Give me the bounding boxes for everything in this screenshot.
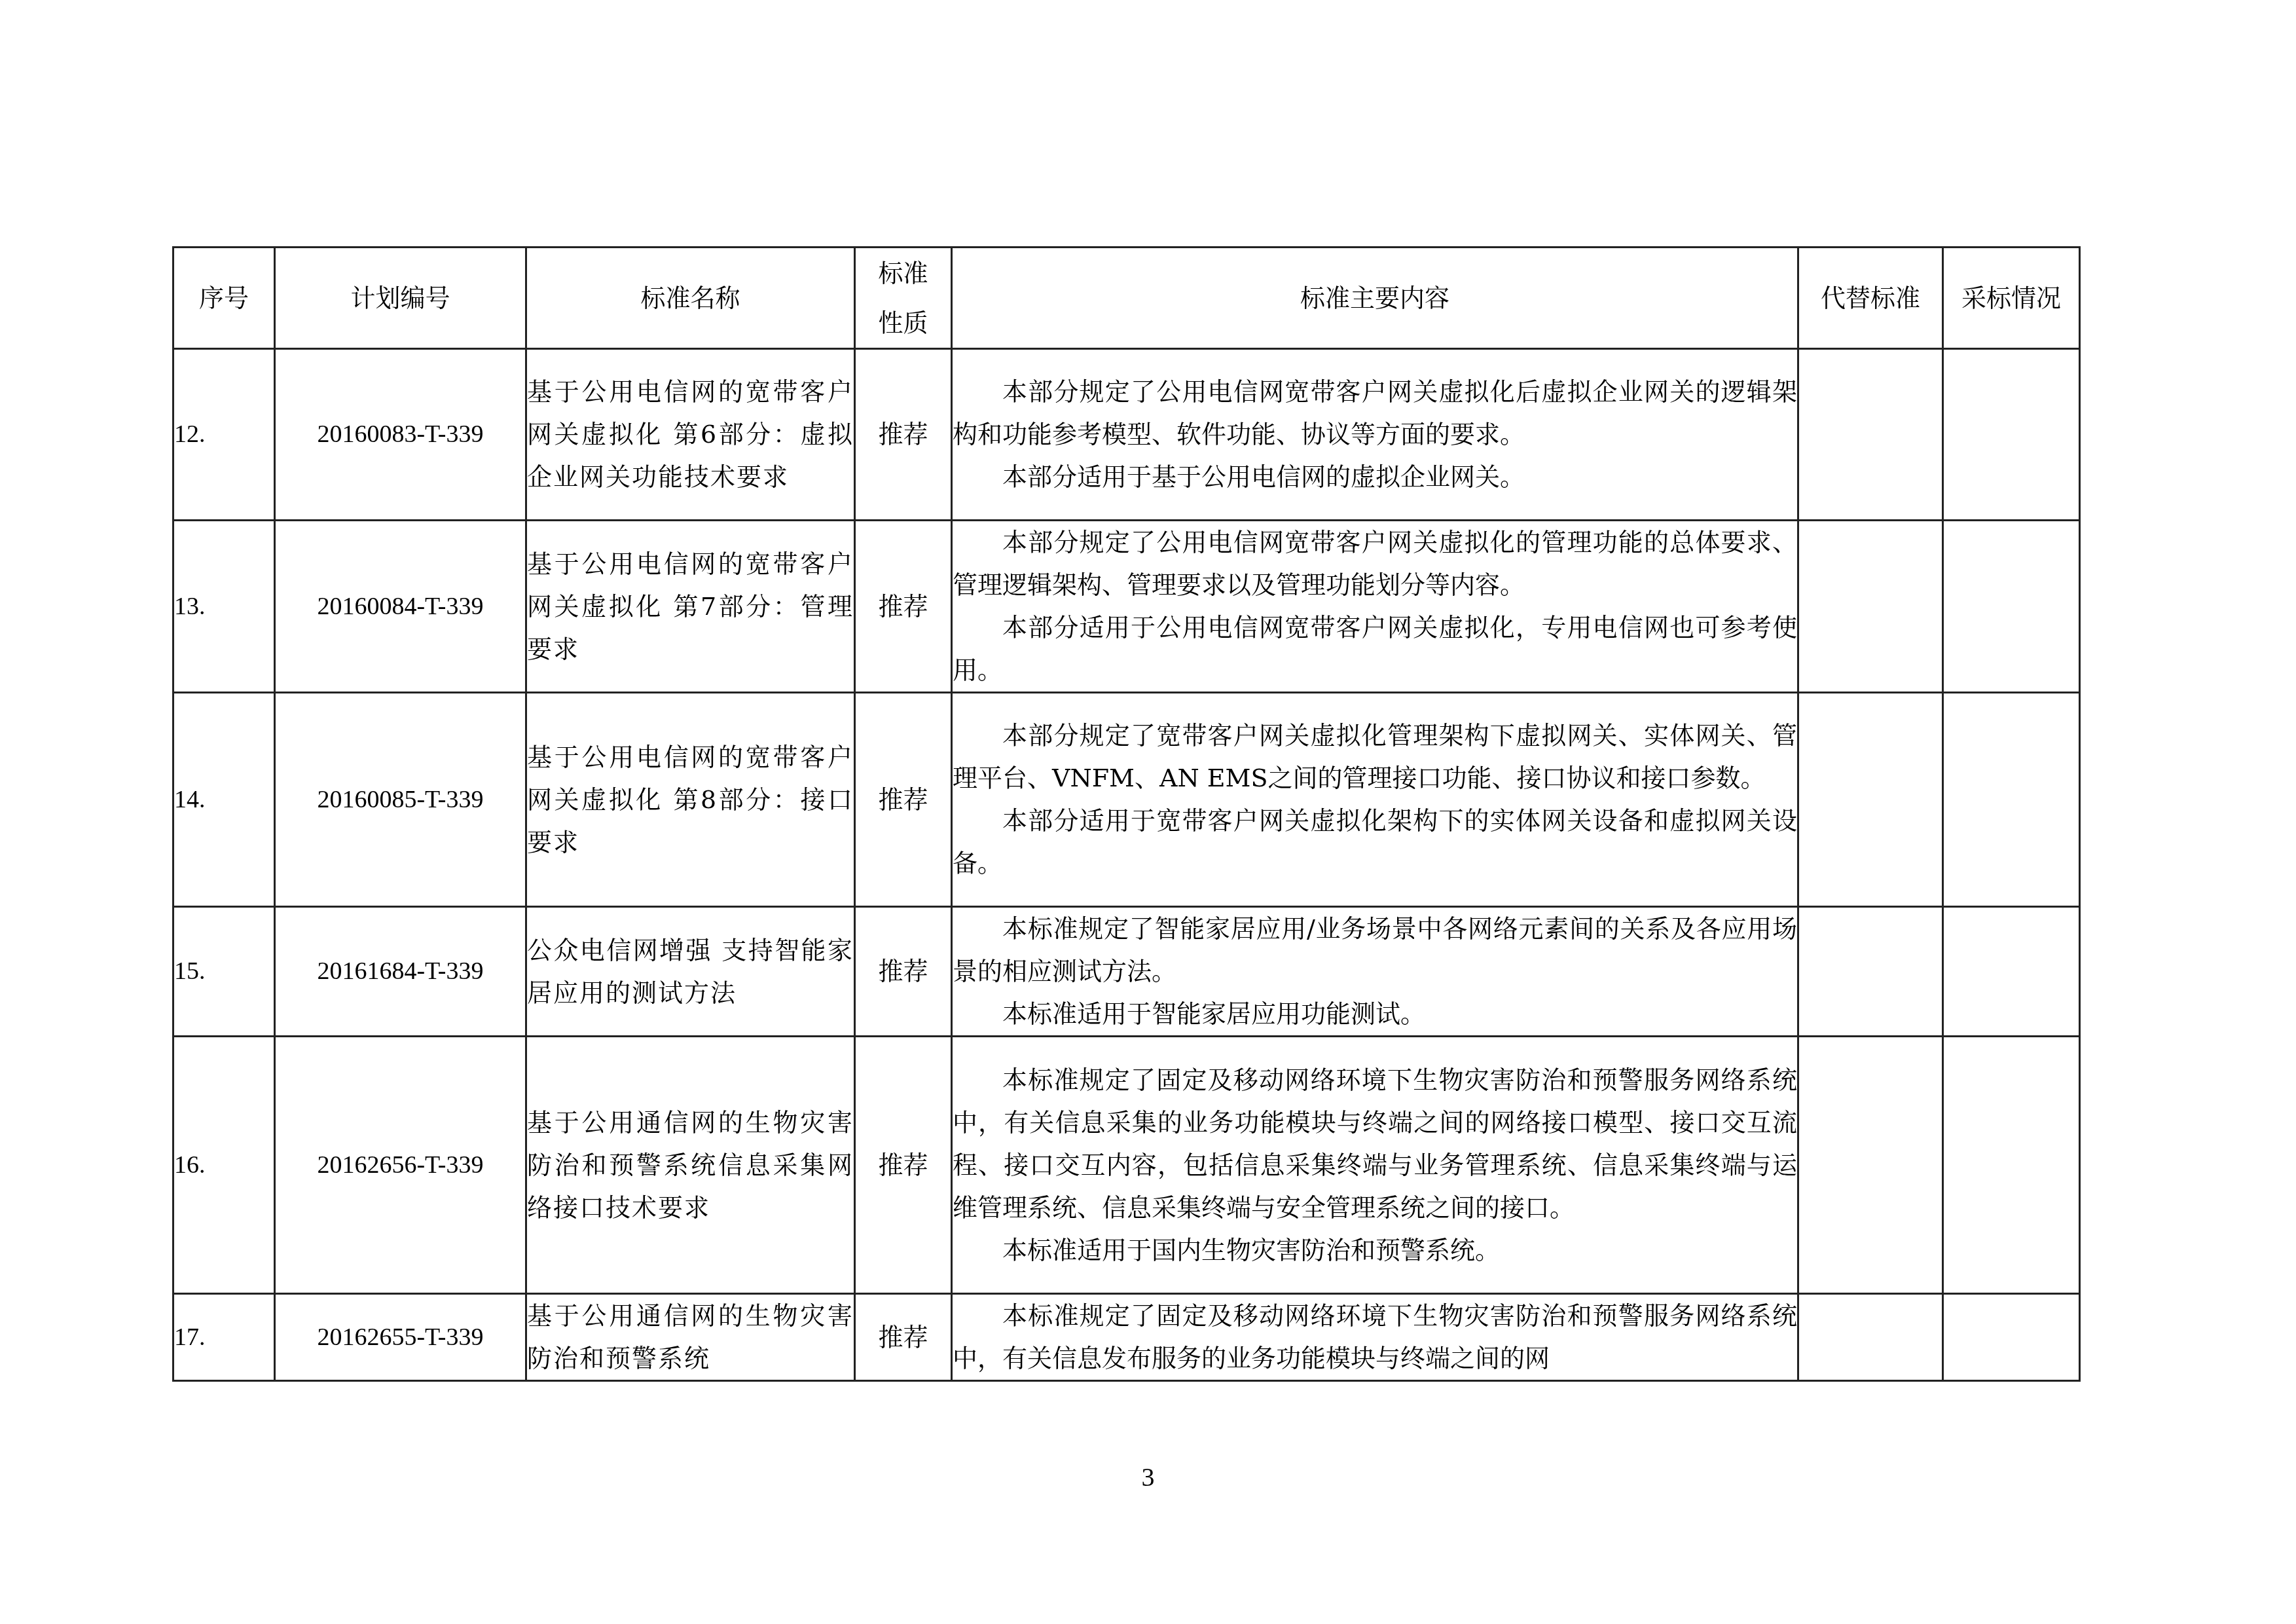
row-replaces bbox=[1798, 1294, 1943, 1381]
table-row: 12. 20160083-T-339 基于公用电信网的宽带客户网关虚拟化 第6部… bbox=[173, 349, 2080, 521]
header-standard-nature: 标准 性质 bbox=[855, 248, 952, 349]
row-plan-number: 20162655-T-339 bbox=[275, 1294, 526, 1381]
header-seq: 序号 bbox=[173, 248, 275, 349]
content-paragraph: 本部分适用于基于公用电信网的虚拟企业网关。 bbox=[953, 456, 1797, 498]
header-plan-number: 计划编号 bbox=[275, 248, 526, 349]
row-standard-name: 公众电信网增强 支持智能家居应用的测试方法 bbox=[526, 907, 855, 1037]
header-nature-line2: 性质 bbox=[856, 298, 951, 348]
row-content: 本部分规定了公用电信网宽带客户网关虚拟化的管理功能的总体要求、管理逻辑架构、管理… bbox=[952, 521, 1798, 693]
row-standard-name: 基于公用通信网的生物灾害防治和预警系统信息采集网络接口技术要求 bbox=[526, 1037, 855, 1294]
header-replaces: 代替标准 bbox=[1798, 248, 1943, 349]
row-adoption bbox=[1943, 349, 2080, 521]
row-adoption bbox=[1943, 1037, 2080, 1294]
row-nature: 推荐 bbox=[855, 1294, 952, 1381]
row-adoption bbox=[1943, 693, 2080, 907]
header-main-content: 标准主要内容 bbox=[952, 248, 1798, 349]
header-adoption: 采标情况 bbox=[1943, 248, 2080, 349]
header-standard-name: 标准名称 bbox=[526, 248, 855, 349]
row-plan-number: 20160085-T-339 bbox=[275, 693, 526, 907]
row-seq: 15. bbox=[173, 907, 275, 1037]
table-header-row: 序号 计划编号 标准名称 标准 性质 标准主要内容 代替标准 采标情况 bbox=[173, 248, 2080, 349]
header-nature-line1: 标准 bbox=[856, 248, 951, 298]
row-plan-number: 20160084-T-339 bbox=[275, 521, 526, 693]
content-paragraph: 本部分规定了公用电信网宽带客户网关虚拟化后虚拟企业网关的逻辑架构和功能参考模型、… bbox=[953, 371, 1797, 456]
row-content: 本标准规定了智能家居应用/业务场景中各网络元素间的关系及各应用场景的相应测试方法… bbox=[952, 907, 1798, 1037]
row-plan-number: 20160083-T-339 bbox=[275, 349, 526, 521]
row-standard-name: 基于公用电信网的宽带客户网关虚拟化 第8部分：接口要求 bbox=[526, 693, 855, 907]
table-row: 13. 20160084-T-339 基于公用电信网的宽带客户网关虚拟化 第7部… bbox=[173, 521, 2080, 693]
standards-table: 序号 计划编号 标准名称 标准 性质 标准主要内容 代替标准 采标情况 12. … bbox=[172, 246, 2081, 1382]
content-paragraph: 本标准适用于国内生物灾害防治和预警系统。 bbox=[953, 1229, 1797, 1272]
content-paragraph: 本标准规定了智能家居应用/业务场景中各网络元素间的关系及各应用场景的相应测试方法… bbox=[953, 908, 1797, 993]
row-standard-name: 基于公用通信网的生物灾害防治和预警系统 bbox=[526, 1294, 855, 1381]
row-seq: 14. bbox=[173, 693, 275, 907]
row-adoption bbox=[1943, 521, 2080, 693]
row-plan-number: 20162656-T-339 bbox=[275, 1037, 526, 1294]
row-content: 本标准规定了固定及移动网络环境下生物灾害防治和预警服务网络系统中，有关信息发布服… bbox=[952, 1294, 1798, 1381]
row-replaces bbox=[1798, 693, 1943, 907]
row-standard-name: 基于公用电信网的宽带客户网关虚拟化 第6部分：虚拟企业网关功能技术要求 bbox=[526, 349, 855, 521]
row-adoption bbox=[1943, 1294, 2080, 1381]
row-replaces bbox=[1798, 1037, 1943, 1294]
row-seq: 17. bbox=[173, 1294, 275, 1381]
row-nature: 推荐 bbox=[855, 693, 952, 907]
row-nature: 推荐 bbox=[855, 521, 952, 693]
row-nature: 推荐 bbox=[855, 907, 952, 1037]
row-content: 本部分规定了公用电信网宽带客户网关虚拟化后虚拟企业网关的逻辑架构和功能参考模型、… bbox=[952, 349, 1798, 521]
table-row: 17. 20162655-T-339 基于公用通信网的生物灾害防治和预警系统 推… bbox=[173, 1294, 2080, 1381]
content-paragraph: 本部分适用于宽带客户网关虚拟化架构下的实体网关设备和虚拟网关设备。 bbox=[953, 800, 1797, 885]
content-paragraph: 本标准规定了固定及移动网络环境下生物灾害防治和预警服务网络系统中，有关信息发布服… bbox=[953, 1295, 1797, 1380]
row-replaces bbox=[1798, 907, 1943, 1037]
row-seq: 16. bbox=[173, 1037, 275, 1294]
row-seq: 13. bbox=[173, 521, 275, 693]
row-replaces bbox=[1798, 349, 1943, 521]
row-nature: 推荐 bbox=[855, 349, 952, 521]
content-paragraph: 本标准适用于智能家居应用功能测试。 bbox=[953, 993, 1797, 1035]
content-paragraph: 本标准规定了固定及移动网络环境下生物灾害防治和预警服务网络系统中，有关信息采集的… bbox=[953, 1059, 1797, 1229]
row-adoption bbox=[1943, 907, 2080, 1037]
document-page: 序号 计划编号 标准名称 标准 性质 标准主要内容 代替标准 采标情况 12. … bbox=[0, 0, 2296, 1624]
row-seq: 12. bbox=[173, 349, 275, 521]
table-row: 16. 20162656-T-339 基于公用通信网的生物灾害防治和预警系统信息… bbox=[173, 1037, 2080, 1294]
row-replaces bbox=[1798, 521, 1943, 693]
content-paragraph: 本部分适用于公用电信网宽带客户网关虚拟化，专用电信网也可参考使用。 bbox=[953, 606, 1797, 692]
row-nature: 推荐 bbox=[855, 1037, 952, 1294]
table-row: 15. 20161684-T-339 公众电信网增强 支持智能家居应用的测试方法… bbox=[173, 907, 2080, 1037]
table-row: 14. 20160085-T-339 基于公用电信网的宽带客户网关虚拟化 第8部… bbox=[173, 693, 2080, 907]
row-content: 本部分规定了宽带客户网关虚拟化管理架构下虚拟网关、实体网关、管理平台、VNFM、… bbox=[952, 693, 1798, 907]
row-content: 本标准规定了固定及移动网络环境下生物灾害防治和预警服务网络系统中，有关信息采集的… bbox=[952, 1037, 1798, 1294]
row-plan-number: 20161684-T-339 bbox=[275, 907, 526, 1037]
row-standard-name: 基于公用电信网的宽带客户网关虚拟化 第7部分：管理要求 bbox=[526, 521, 855, 693]
content-paragraph: 本部分规定了宽带客户网关虚拟化管理架构下虚拟网关、实体网关、管理平台、VNFM、… bbox=[953, 714, 1797, 800]
content-paragraph: 本部分规定了公用电信网宽带客户网关虚拟化的管理功能的总体要求、管理逻辑架构、管理… bbox=[953, 521, 1797, 606]
page-number: 3 bbox=[0, 1462, 2296, 1492]
